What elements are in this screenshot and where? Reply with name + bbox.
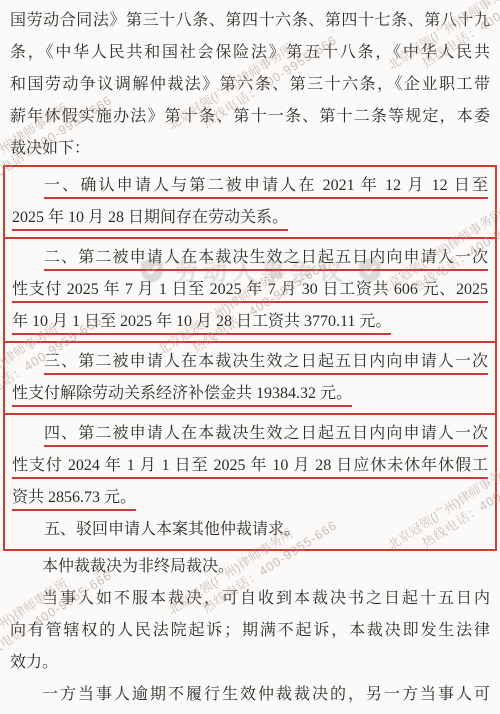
ruling-text: 性支付 2025 年 7 月 1 日至 2025 年 7 月 30 日工资共 6… (12, 281, 488, 303)
intro-text: 国劳动合同法》第三十八条、第四十六条、第四十七条、第八十九 (10, 12, 490, 29)
document-content: 国劳动合同法》第三十八条、第四十六条、第四十七条、第八十九 条，《中华人民共和国… (0, 0, 500, 714)
ruling-item-2-line: 年 10 月 1 日至 2025 年 10 月 28 日工资共 3770.11 … (12, 306, 488, 338)
ruling-text: 二、第二被申请人在本裁决生效之日起五日内向申请人一次 (44, 249, 488, 271)
closing-line: 本仲裁裁决为非终局裁决。 (10, 551, 490, 583)
closing-line: 向有管辖权的人民法院起诉；期满不起诉，本裁决即发生法律 (10, 615, 490, 647)
intro-text: 条，《中华人民共和国社会保险法》第五十八条，《中华人民共 (10, 44, 490, 61)
ruling-item-3-line: 三、第二被申请人在本裁决生效之日起五日内向申请人一次 (12, 346, 488, 378)
highlight-box-items-4-5: 四、第二被申请人在本裁决生效之日起五日内向申请人一次 性支付 2024 年 1 … (3, 413, 497, 551)
ruling-text: 性支付解除劳动关系经济补偿金共 19384.32 元。 (12, 385, 352, 407)
arbitration-ruling-document-page: 国劳动合同法》第三十八条、第四十六条、第四十七条、第八十九 条，《中华人民共和国… (0, 0, 500, 714)
closing-line: 一方当事人逾期不履行生效仲裁裁决的，另一方当事人可 (10, 679, 490, 711)
intro-line: 国劳动合同法》第三十八条、第四十六条、第四十七条、第八十九 (10, 5, 490, 37)
ruling-item-4-line: 性支付 2024 年 1 月 1 日至 2025 年 10 月 28 日应休未休… (12, 450, 488, 482)
intro-text: 薪年休假实施办法》第十条、第十一条、第十二条等规定，本委 (10, 108, 490, 125)
intro-line: 薪年休假实施办法》第十条、第十一条、第十二条等规定，本委 (10, 101, 490, 133)
closing-text: 一方当事人逾期不履行生效仲裁裁决的，另一方当事人可 (42, 686, 490, 703)
highlight-box-item-2: 二、第二被申请人在本裁决生效之日起五日内向申请人一次 性支付 2025 年 7 … (3, 237, 497, 343)
ruling-item-4-line: 四、第二被申请人在本裁决生效之日起五日内向申请人一次 (12, 418, 488, 450)
closing-text: 向有管辖权的人民法院起诉；期满不起诉，本裁决即发生法律 (10, 622, 490, 639)
highlight-box-item-3: 三、第二被申请人在本裁决生效之日起五日内向申请人一次 性支付解除劳动关系经济补偿… (3, 341, 497, 415)
ruling-text: 性支付 2024 年 1 月 1 日至 2025 年 10 月 28 日应休未休… (12, 457, 488, 479)
closing-line: 当事人如不服本裁决，可自收到本裁决书之日起十五日内 (10, 583, 490, 615)
closing-text: 效力。 (10, 654, 58, 671)
ruling-item-2-line: 二、第二被申请人在本裁决生效之日起五日内向申请人一次 (12, 242, 488, 274)
ruling-text: 年 10 月 1 日至 2025 年 10 月 28 日工资共 3770.11 … (12, 313, 391, 335)
ruling-item-1-line: 2025 年 10 月 28 日期间存在劳动关系。 (12, 202, 488, 234)
ruling-item-3-line: 性支付解除劳动关系经济补偿金共 19384.32 元。 (12, 378, 488, 410)
intro-text: 和国劳动争议调解仲裁法》第六条、第三十六条，《企业职工带 (10, 76, 490, 93)
ruling-text: 五、驳回申请人本案其他仲裁请求。 (44, 521, 300, 538)
ruling-item-5-line: 五、驳回申请人本案其他仲裁请求。 (12, 514, 488, 546)
ruling-text: 四、第二被申请人在本裁决生效之日起五日内向申请人一次 (44, 425, 488, 447)
ruling-text: 资共 2856.73 元。 (12, 489, 136, 511)
intro-line: 裁决如下： (10, 133, 490, 165)
ruling-text: 2025 年 10 月 28 日期间存在劳动关系。 (12, 209, 288, 231)
ruling-item-1-line: 一、确认申请人与第二被申请人在 2021 年 12 月 12 日至 (12, 170, 488, 202)
ruling-item-2-line: 性支付 2025 年 7 月 1 日至 2025 年 7 月 30 日工资共 6… (12, 274, 488, 306)
ruling-text: 一、确认申请人与第二被申请人在 2021 年 12 月 12 日至 (44, 177, 488, 199)
intro-line: 和国劳动争议调解仲裁法》第六条、第三十六条，《企业职工带 (10, 69, 490, 101)
highlight-box-item-1: 一、确认申请人与第二被申请人在 2021 年 12 月 12 日至 2025 年… (3, 165, 497, 239)
ruling-text: 三、第二被申请人在本裁决生效之日起五日内向申请人一次 (44, 353, 488, 375)
closing-line: 效力。 (10, 647, 490, 679)
intro-line: 条，《中华人民共和国社会保险法》第五十八条，《中华人民共 (10, 37, 490, 69)
intro-text: 裁决如下： (10, 140, 90, 157)
closing-text: 本仲裁裁决为非终局裁决。 (42, 558, 234, 575)
ruling-item-4-line: 资共 2856.73 元。 (12, 482, 488, 514)
closing-text: 当事人如不服本裁决，可自收到本裁决书之日起十五日内 (42, 590, 490, 607)
